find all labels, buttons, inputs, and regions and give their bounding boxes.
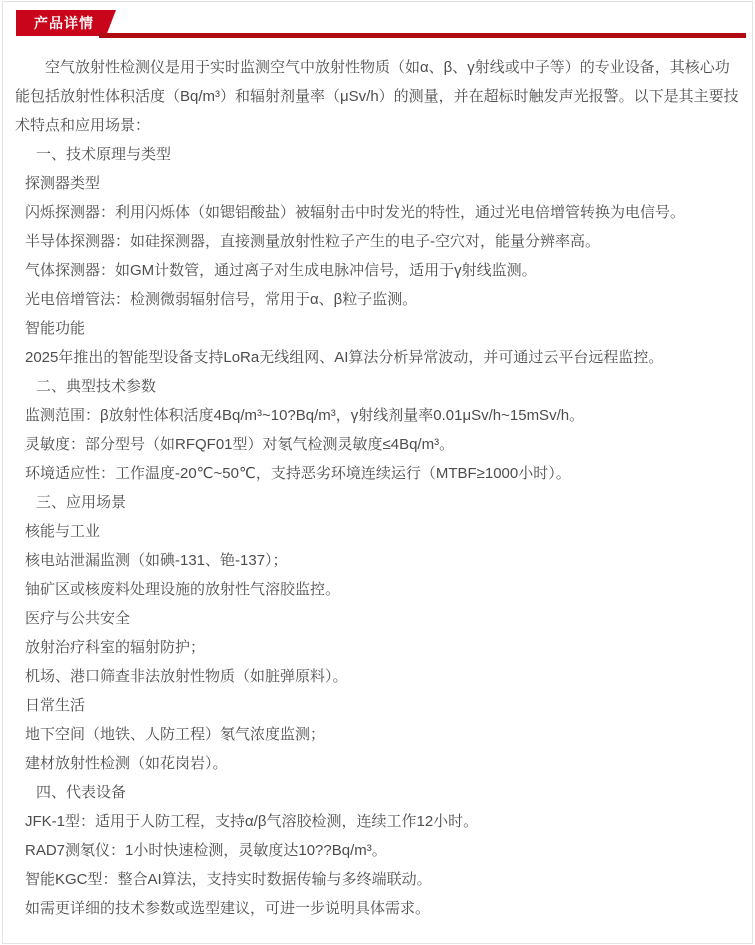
paragraph: 铀矿区或核废料处理设施的放射性气溶胶监控。 bbox=[15, 575, 740, 604]
paragraph: 二、典型技术参数 bbox=[15, 372, 740, 401]
paragraph: 四、代表设备 bbox=[15, 778, 740, 807]
paragraph: 日常生活 bbox=[15, 691, 740, 720]
tab-product-details-label: 产品详情 bbox=[34, 15, 94, 31]
paragraph: 机场、港口筛查非法放射性物质（如脏弹原料）。 bbox=[15, 662, 740, 691]
paragraph: 灵敏度：部分型号（如RFQF01型）对氡气检测灵敏度≤4Bq/m³。 bbox=[15, 430, 740, 459]
paragraph: 一、技术原理与类型 bbox=[15, 140, 740, 169]
tab-bar: 产品详情 bbox=[3, 2, 752, 38]
paragraph: 智能KGC型：整合AI算法，支持实时数据传输与多终端联动。 bbox=[15, 865, 740, 894]
paragraph: 闪烁探测器：利用闪烁体（如锶铝酸盐）被辐射击中时发光的特性，通过光电倍增管转换为… bbox=[15, 198, 740, 227]
paragraph: 智能功能 bbox=[15, 314, 740, 343]
paragraph: 监测范围：β放射性体积活度4Bq/m³~10?Bq/m³，γ射线剂量率0.01μ… bbox=[15, 401, 740, 430]
product-detail-content: 空气放射性检测仪是用于实时监测空气中放射性物质（如α、β、γ射线或中子等）的专业… bbox=[3, 38, 752, 943]
paragraph: JFK-1型：适用于人防工程，支持α/β气溶胶检测，连续工作12小时。 bbox=[15, 807, 740, 836]
tab-underline bbox=[99, 33, 746, 38]
product-detail-panel: 产品详情 空气放射性检测仪是用于实时监测空气中放射性物质（如α、β、γ射线或中子… bbox=[2, 1, 753, 944]
paragraph: 三、应用场景 bbox=[15, 488, 740, 517]
paragraph: 气体探测器：如GM计数管，通过离子对生成电脉冲信号，适用于γ射线监测。 bbox=[15, 256, 740, 285]
paragraph: 2025年推出的智能型设备支持LoRa无线组网、AI算法分析异常波动，并可通过云… bbox=[15, 343, 740, 372]
paragraph: 环境适应性：工作温度-20℃~50℃，支持恶劣环境连续运行（MTBF≥1000小… bbox=[15, 459, 740, 488]
paragraph: 核能与工业 bbox=[15, 517, 740, 546]
paragraph: 半导体探测器：如硅探测器，直接测量放射性粒子产生的电子-空穴对，能量分辨率高。 bbox=[15, 227, 740, 256]
paragraph: 光电倍增管法：检测微弱辐射信号，常用于α、β粒子监测。 bbox=[15, 285, 740, 314]
paragraph: 核电站泄漏监测（如碘-131、铯-137）； bbox=[15, 546, 740, 575]
paragraph: 建材放射性检测（如花岗岩）。 bbox=[15, 749, 740, 778]
paragraph: 探测器类型 bbox=[15, 169, 740, 198]
paragraph: 如需更详细的技术参数或选型建议，可进一步说明具体需求。 bbox=[15, 894, 740, 923]
paragraph: 空气放射性检测仪是用于实时监测空气中放射性物质（如α、β、γ射线或中子等）的专业… bbox=[15, 53, 740, 140]
paragraph: 医疗与公共安全 bbox=[15, 604, 740, 633]
paragraph: 地下空间（地铁、人防工程）氡气浓度监测； bbox=[15, 720, 740, 749]
paragraph: 放射治疗科室的辐射防护； bbox=[15, 633, 740, 662]
paragraph: RAD7测氡仪：1小时快速检测，灵敏度达10??Bq/m³。 bbox=[15, 836, 740, 865]
